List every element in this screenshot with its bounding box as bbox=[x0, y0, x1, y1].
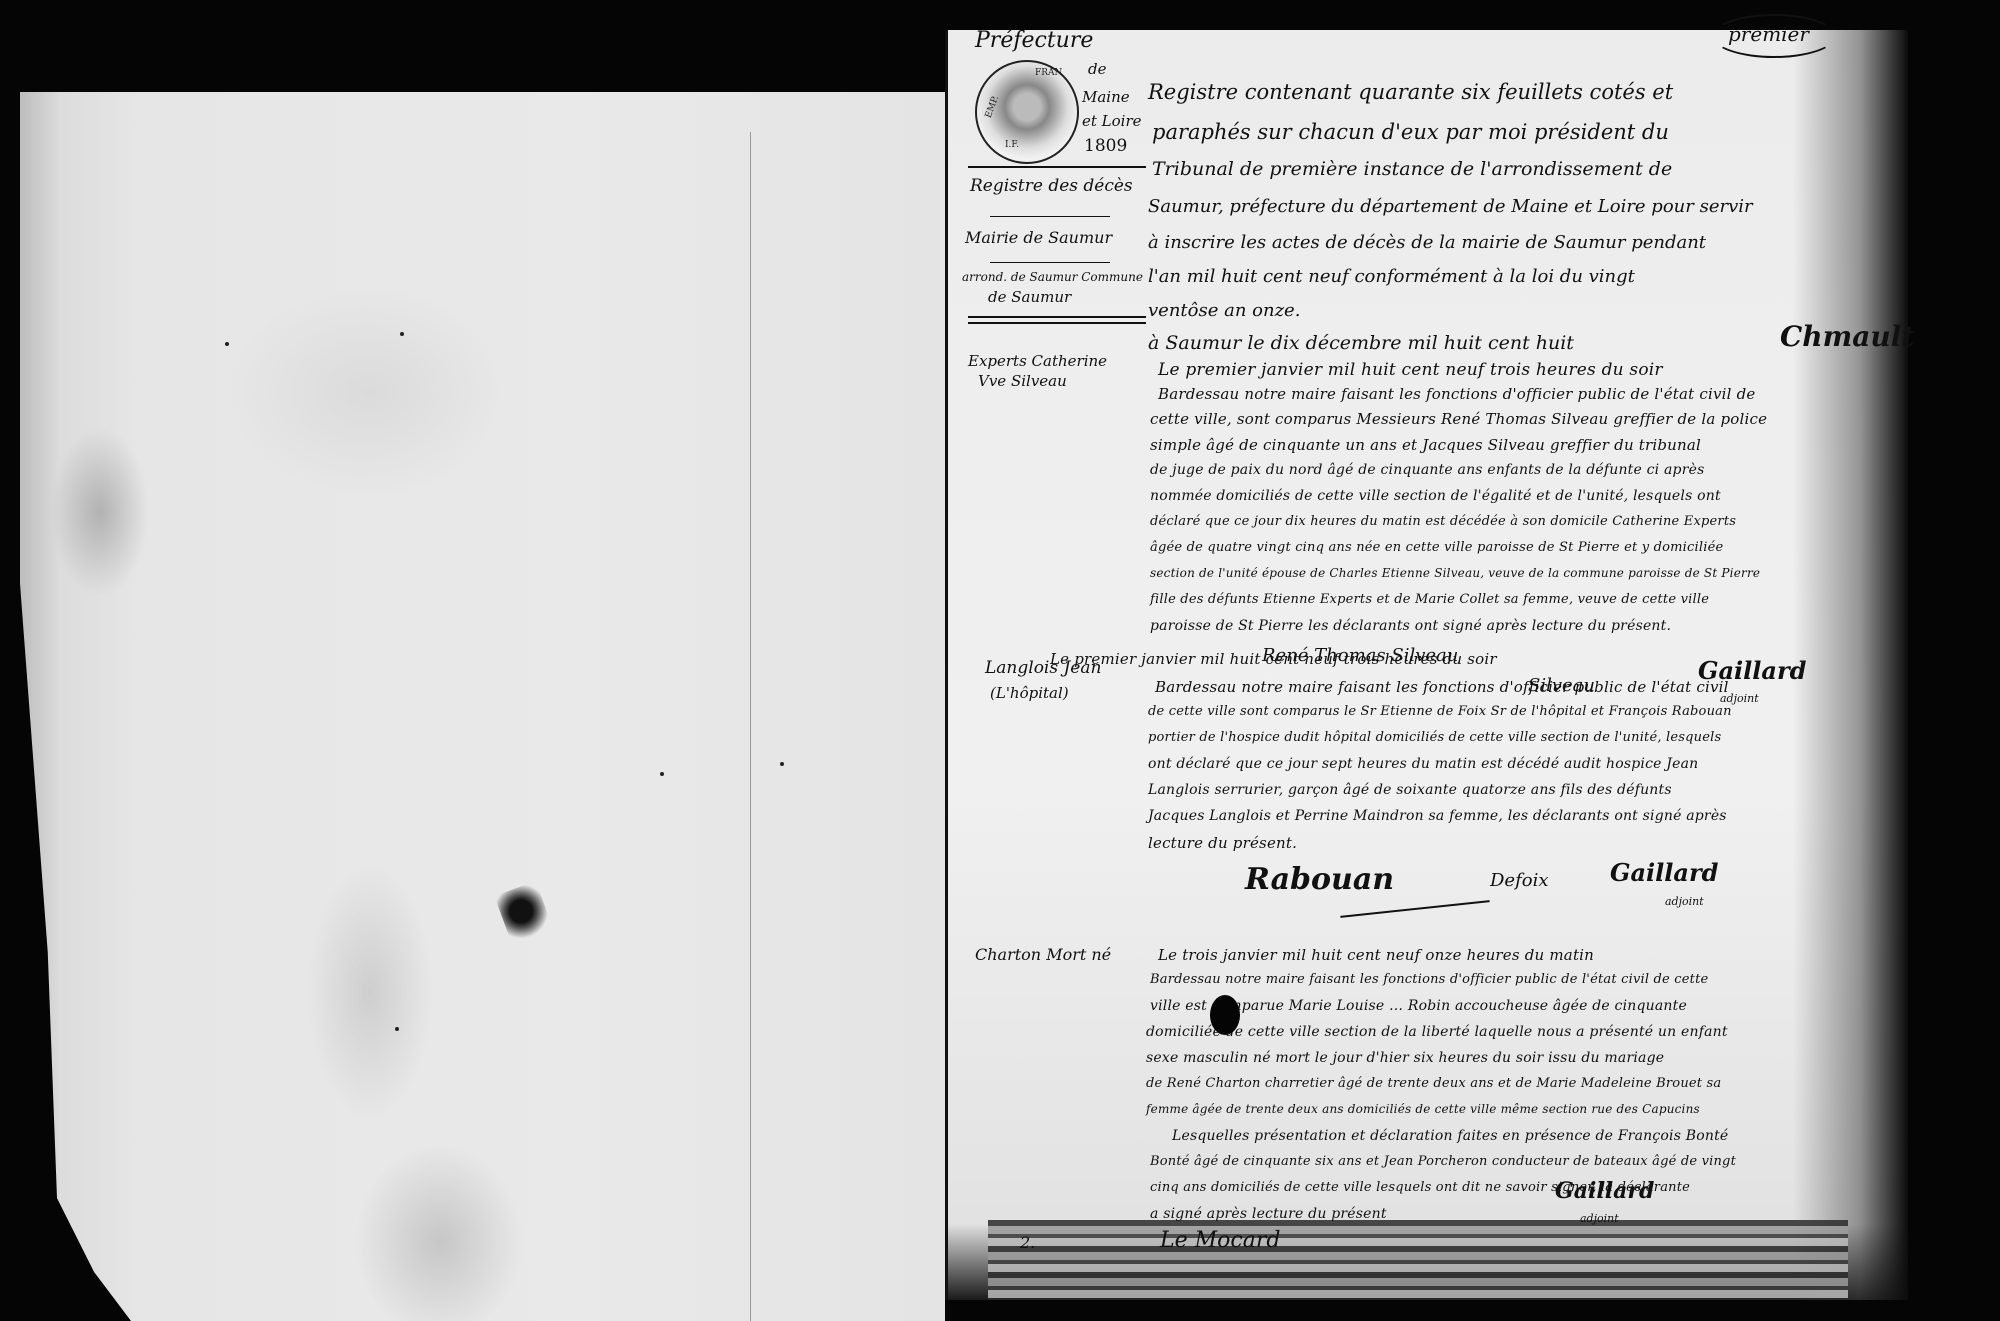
entry-line: lecture du présent. bbox=[1148, 834, 1297, 852]
entry-line: Bardessau notre maire faisant les foncti… bbox=[1155, 678, 1729, 696]
prefecture-label: Préfecture bbox=[975, 28, 1093, 53]
entry-line: cette ville, sont comparus Messieurs Ren… bbox=[1150, 410, 1767, 428]
entry-line: de juge de paix du nord âgé de cinquante… bbox=[1150, 462, 1704, 478]
entry-line: Lesquelles présentation et déclaration f… bbox=[1172, 1128, 1728, 1144]
mairie-label: Mairie de Saumur bbox=[965, 228, 1112, 247]
entry-signature: Gaillard bbox=[1555, 1178, 1654, 1204]
department-line-2: Maine bbox=[1082, 88, 1130, 106]
entry-line: simple âgé de cinquante un ans et Jacque… bbox=[1150, 436, 1701, 454]
header-line: à Saumur le dix décembre mil huit cent h… bbox=[1148, 332, 1574, 354]
page-number: 2. bbox=[1020, 1233, 1035, 1252]
entry-signature: Defoix bbox=[1490, 870, 1549, 891]
speck bbox=[395, 1027, 399, 1031]
entry-signature: Le Mocard bbox=[1160, 1228, 1280, 1253]
left-page-blank bbox=[20, 92, 945, 1321]
entry-line: a signé après lecture du présent bbox=[1150, 1206, 1387, 1222]
entry-line: femme âgée de trente deux ans domiciliés… bbox=[1146, 1102, 1700, 1116]
header-line: Registre contenant quarante six feuillet… bbox=[1148, 80, 1673, 104]
signature-note: adjoint bbox=[1580, 1212, 1619, 1225]
entry-line: Langlois serrurier, garçon âgé de soixan… bbox=[1148, 782, 1672, 798]
entry-line: de René Charton charretier âgé de trente… bbox=[1146, 1076, 1721, 1091]
entry-line: nommée domiciliés de cette ville section… bbox=[1150, 488, 1721, 504]
header-line: paraphés sur chacun d'eux par moi présid… bbox=[1152, 120, 1669, 144]
document-scan: premier Préfecture FRAN EMP. I.F. de Mai… bbox=[0, 0, 2000, 1321]
imperial-stamp: FRAN EMP. I.F. bbox=[975, 60, 1079, 164]
header-double-rule-1 bbox=[968, 316, 1146, 318]
entry-signature: Rabouan bbox=[1245, 862, 1394, 897]
register-title: Registre des décès bbox=[970, 176, 1133, 196]
folio-flourish bbox=[1712, 14, 1836, 58]
entry-margin-note: (L'hôpital) bbox=[990, 684, 1069, 702]
entry-line: fille des défunts Etienne Experts et de … bbox=[1150, 592, 1709, 607]
entry-line: Le premier janvier mil huit cent neuf tr… bbox=[1050, 650, 1497, 668]
ink-blot bbox=[1210, 995, 1240, 1035]
mairie-underline bbox=[990, 262, 1110, 263]
entry-line: Bonté âgé de cinquante six ans et Jean P… bbox=[1150, 1154, 1736, 1169]
header-line: Tribunal de première instance de l'arron… bbox=[1152, 158, 1672, 180]
entry-margin-note: Experts Catherine bbox=[968, 352, 1107, 370]
entry-line: âgée de quatre vingt cinq ans née en cet… bbox=[1150, 540, 1723, 555]
header-rule bbox=[968, 166, 1146, 168]
entry-line: Le trois janvier mil huit cent neuf onze… bbox=[1158, 946, 1594, 964]
header-line: à inscrire les actes de décès de la mair… bbox=[1148, 232, 1706, 253]
ink-blot bbox=[494, 881, 553, 945]
entry-line: Le premier janvier mil huit cent neuf tr… bbox=[1158, 360, 1663, 380]
entry-line: paroisse de St Pierre les déclarants ont… bbox=[1150, 618, 1671, 634]
signature-note: adjoint bbox=[1665, 895, 1704, 908]
title-underline bbox=[990, 216, 1110, 217]
arrondissement-line-1: arrond. de Saumur Commune bbox=[962, 270, 1143, 284]
department-line-1: de bbox=[1088, 60, 1106, 78]
entry-line: sexe masculin né mort le jour d'hier six… bbox=[1146, 1050, 1664, 1066]
header-line: ventôse an onze. bbox=[1148, 300, 1300, 321]
entry-margin-note: Vve Silveau bbox=[978, 372, 1067, 390]
entry-line: de cette ville sont comparus le Sr Etien… bbox=[1148, 704, 1732, 719]
stamp-text-top: FRAN bbox=[1035, 68, 1062, 78]
entry-line: Bardessau notre maire faisant les foncti… bbox=[1158, 385, 1755, 403]
entry-line: section de l'unité épouse de Charles Eti… bbox=[1150, 566, 1760, 580]
entry-line: ont déclaré que ce jour sept heures du m… bbox=[1148, 756, 1698, 772]
entry-signature: Gaillard bbox=[1610, 858, 1718, 887]
speck bbox=[400, 332, 404, 336]
header-signature: Chmault bbox=[1780, 320, 1914, 353]
header-double-rule-2 bbox=[968, 322, 1146, 324]
page-fold-line bbox=[750, 132, 751, 1321]
entry-line: Jacques Langlois et Perrine Maindron sa … bbox=[1148, 808, 1727, 824]
arrondissement-line-2: de Saumur bbox=[988, 288, 1071, 306]
register-year: 1809 bbox=[1084, 136, 1127, 156]
entry-line: déclaré que ce jour dix heures du matin … bbox=[1150, 514, 1736, 529]
speck bbox=[225, 342, 229, 346]
stamp-text-left: EMP. bbox=[984, 95, 1001, 120]
entry-line: Bardessau notre maire faisant les foncti… bbox=[1150, 972, 1708, 987]
speck bbox=[660, 772, 664, 776]
department-line-3: et Loire bbox=[1082, 112, 1142, 130]
page-stack-edge bbox=[988, 1220, 1848, 1300]
stamp-text-bottom: I.F. bbox=[1005, 140, 1019, 150]
header-line: l'an mil huit cent neuf conformément à l… bbox=[1148, 266, 1635, 287]
header-line: Saumur, préfecture du département de Mai… bbox=[1148, 196, 1753, 217]
entry-line: portier de l'hospice dudit hôpital domic… bbox=[1148, 730, 1721, 745]
entry-margin-note: Charton Mort né bbox=[975, 945, 1111, 964]
speck bbox=[780, 762, 784, 766]
